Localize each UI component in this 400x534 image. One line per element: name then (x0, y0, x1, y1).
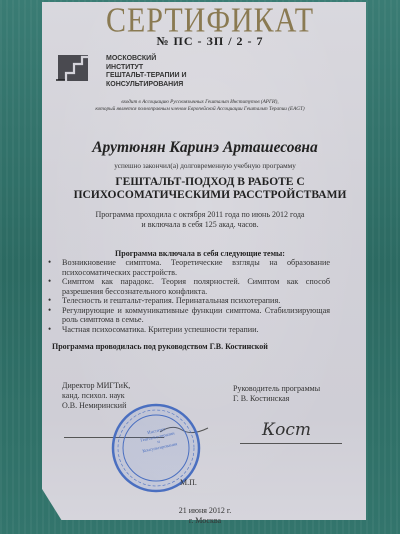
institute-line: МОСКОВСКИЙ (106, 55, 256, 64)
institute-name: МОСКОВСКИЙ ИНСТИТУТ ГЕШТАЛЬТ-ТЕРАПИИ И К… (106, 55, 256, 89)
topic-item: Симптом как парадокс. Теория полярностей… (48, 277, 330, 296)
issue-city: г. Москва (150, 516, 260, 526)
issue-date: 21 июня 2012 г. (150, 506, 260, 516)
topics-heading: Программа включала в себя следующие темы… (50, 249, 350, 258)
director-line: канд. психол. наук (62, 391, 182, 401)
stairs-logo-icon (56, 53, 90, 83)
topic-item: Возникновение симптома. Теоретические вз… (48, 258, 330, 277)
period-line: и включала в себя 125 акад. часов. (50, 220, 350, 230)
lead-signature-line (240, 443, 342, 444)
program-period: Программа проходила с октября 2011 года … (50, 210, 350, 230)
program-title: ГЕШТАЛЬТ-ПОДХОД В РАБОТЕ С ПСИХОСОМАТИЧЕ… (45, 176, 375, 202)
program-title-line: ПСИХОСОМАТИЧЕСКИМИ РАССТРОЙСТВАМИ (45, 189, 375, 202)
institute-line: КОНСУЛЬТИРОВАНИЯ (106, 81, 256, 90)
stamp-place-label: М.П. (180, 478, 197, 487)
director-line: Директор МИГТиК, (62, 381, 182, 391)
led-by-text: Программа проводилась под руководством Г… (52, 342, 352, 351)
topic-item: Регулирующие и коммуникативные функции с… (48, 306, 330, 325)
program-title-line: ГЕШТАЛЬТ-ПОДХОД В РАБОТЕ С (45, 176, 375, 189)
issue-date-block: 21 июня 2012 г. г. Москва (150, 506, 260, 526)
recipient-name: Арутюнян Каринэ Арташесовна (50, 139, 360, 157)
affiliation-text: входит в Ассоциацию Русскоязычных Гештал… (50, 99, 350, 113)
topic-item: Телесность и гештальт-терапия. Перинатал… (48, 296, 330, 306)
period-line: Программа проходила с октября 2011 года … (50, 210, 350, 220)
certificate-number: № ПС - ЗП / 2 - 7 (120, 34, 300, 49)
topic-item: Частная психосоматика. Критерии успешнос… (48, 325, 330, 335)
completed-text: успешно закончил(а) долговременную учебн… (50, 162, 360, 170)
lead-signature: Кост (262, 420, 311, 440)
affiliation-line: входит в Ассоциацию Русскоязычных Гештал… (50, 99, 350, 106)
institute-line: ИНСТИТУТ (106, 64, 256, 73)
institute-line: ГЕШТАЛЬТ-ТЕРАПИИ И (106, 72, 256, 81)
lead-line: Г. В. Костинская (233, 394, 353, 404)
program-lead-block: Руководитель программы Г. В. Костинская (233, 384, 353, 404)
topics-list: Возникновение симптома. Теоретические вз… (48, 258, 330, 334)
lead-line: Руководитель программы (233, 384, 353, 394)
affiliation-line: который является полноправным членом Евр… (50, 106, 350, 113)
